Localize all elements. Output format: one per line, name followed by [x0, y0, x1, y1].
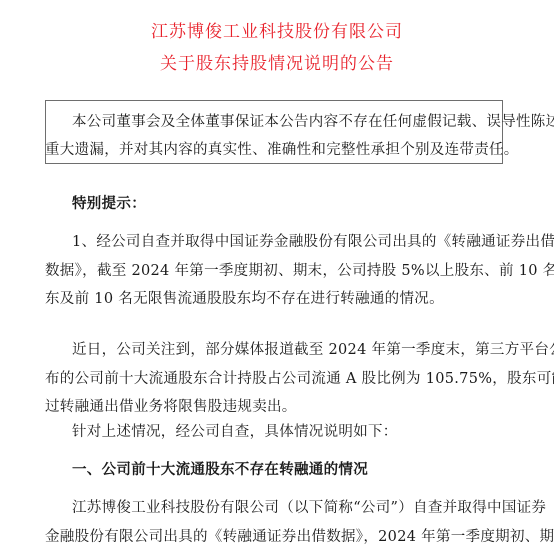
announcement-title: 关于股东持股情况说明的公告 — [0, 53, 554, 75]
section1-heading: 一、公司前十大流通股东不存在转融通的情况 — [72, 461, 464, 479]
notice-item1-line-1: 1、经公司自查并取得中国证券金融股份有限公司出具的《转融通证券出借 — [72, 233, 464, 251]
section1-line-2: 金融股份有限公司出具的《转融通证券出借数据》，2024 年第一季度期初、期 — [45, 528, 465, 546]
para1-line-1: 近日，公司关注到，部分媒体报道截至 2024 年第一季度末，第三方平台公 — [72, 341, 464, 359]
para2: 针对上述情况，经公司自查，具体情况说明如下： — [72, 423, 464, 441]
disclaimer-line-2: 重大遗漏，并对其内容的真实性、准确性和完整性承担个别及连带责任。 — [45, 141, 385, 159]
special-notice-heading: 特别提示： — [72, 195, 464, 213]
notice-item1-line-3: 东及前 10 名无限售流通股股东均不存在进行转融通的情况。 — [45, 290, 465, 308]
section1-line-1: 江苏博俊工业科技股份有限公司（以下简称“公司”）自查并取得中国证券 — [72, 499, 464, 517]
para1-line-3: 过转融通出借业务将限售股违规卖出。 — [45, 398, 465, 416]
notice-item1-line-2: 数据》，截至 2024 年第一季度期初、期末，公司持股 5%以上股东、前 10 … — [45, 262, 465, 280]
company-name: 江苏博俊工业科技股份有限公司 — [0, 21, 554, 43]
para1-line-2: 布的公司前十大流通股东合计持股占公司流通 A 股比例为 105.75%，股东可能… — [45, 370, 465, 388]
disclaimer-line-1: 本公司董事会及全体董事保证本公告内容不存在任何虚假记载、误导性陈述或者 — [72, 113, 460, 131]
